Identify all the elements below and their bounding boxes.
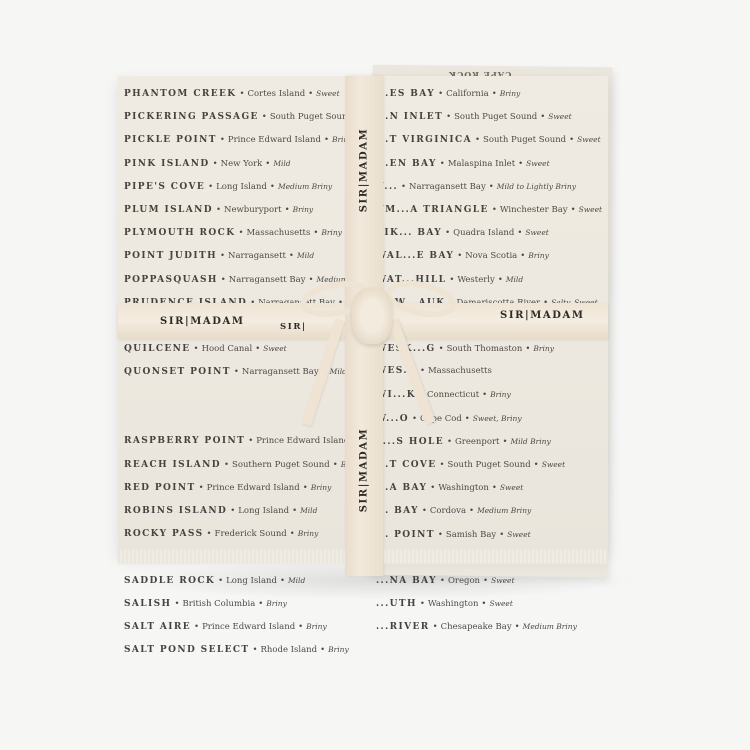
separator: • bbox=[240, 89, 245, 99]
oyster-name: ...EN BAY bbox=[376, 159, 437, 169]
separator: • bbox=[449, 275, 454, 285]
oyster-flavor: Mild bbox=[297, 251, 314, 260]
separator: • bbox=[469, 506, 474, 516]
oyster-name: ROBINS ISLAND bbox=[124, 506, 227, 516]
separator: • bbox=[499, 530, 504, 540]
oyster-flavor: Briny bbox=[490, 390, 511, 399]
oyster-region: South Puget Sound bbox=[454, 112, 537, 122]
separator: • bbox=[499, 553, 504, 563]
ribbon-brand-label-partial: SIR| bbox=[280, 322, 307, 332]
oyster-entry: ROCKY PASS•Frederick Sound•Briny bbox=[124, 522, 364, 545]
oyster-flavor: Sweet bbox=[263, 344, 286, 353]
oyster-entry: ...RIVER•Chesapeake Bay•Medium Briny bbox=[376, 615, 606, 638]
separator: • bbox=[230, 506, 235, 516]
oyster-name: ...T COVE bbox=[376, 460, 437, 470]
separator: • bbox=[218, 576, 223, 586]
separator: • bbox=[481, 599, 486, 609]
oyster-region: Massachusetts bbox=[428, 366, 492, 376]
oyster-region: Prince Edward Island bbox=[207, 483, 300, 493]
oyster-region: Greenport bbox=[455, 437, 499, 447]
separator: • bbox=[420, 366, 425, 376]
oyster-name: QUONSET POINT bbox=[124, 367, 231, 377]
oyster-name: SALT AIRE bbox=[124, 622, 191, 632]
oyster-flavor: Sweet bbox=[489, 599, 512, 608]
oyster-entry: ...EN BAY•Malaspina Inlet•Sweet bbox=[376, 152, 606, 175]
separator: • bbox=[422, 506, 427, 516]
separator: • bbox=[483, 576, 488, 586]
oyster-entry: ...T COVE•South Puget Sound•Sweet bbox=[376, 453, 606, 476]
oyster-region: South Thomaston bbox=[447, 344, 523, 354]
oyster-entry: ...T VIRGINICA•South Puget Sound•Sweet bbox=[376, 128, 606, 151]
oyster-region: Oregon bbox=[448, 576, 480, 586]
separator: • bbox=[285, 205, 290, 215]
oyster-name: PIPE'S COVE bbox=[124, 182, 205, 192]
separator: • bbox=[313, 228, 318, 238]
oyster-name: ROYAL MIYAGI bbox=[124, 552, 217, 562]
separator: • bbox=[515, 622, 520, 632]
oyster-entry: POINT JUDITH•Narragansett•Mild bbox=[124, 244, 364, 267]
separator: • bbox=[412, 414, 417, 424]
oyster-entry: WAL...E BAY•Nova Scotia•Briny bbox=[376, 244, 606, 267]
oyster-region: Narragansett Bay bbox=[229, 275, 306, 285]
oyster-name: ...NA BAY bbox=[376, 576, 437, 586]
oyster-name: ...N INLET bbox=[376, 112, 443, 122]
oyster-flavor: Sweet bbox=[548, 112, 571, 121]
separator: • bbox=[320, 645, 325, 655]
separator: • bbox=[445, 228, 450, 238]
oyster-region: Frederick Sound bbox=[215, 529, 287, 539]
oyster-region: Prince Edward Island bbox=[202, 622, 295, 632]
separator: • bbox=[220, 135, 225, 145]
oyster-entry: VIK... BAY•Quadra Island•Sweet bbox=[376, 221, 606, 244]
ribbon-brand-label: SIR|MADAM bbox=[500, 310, 585, 321]
oyster-name: VIK... BAY bbox=[376, 228, 442, 238]
oyster-region: British Columbia bbox=[228, 552, 301, 562]
oyster-region: Samish Bay bbox=[446, 530, 496, 540]
separator: • bbox=[234, 367, 239, 377]
separator: • bbox=[213, 159, 218, 169]
separator: • bbox=[525, 344, 530, 354]
oyster-region: Rhode Island bbox=[261, 645, 318, 655]
separator: • bbox=[492, 483, 497, 493]
ribbon-brand-label: SIR|MADAM bbox=[359, 428, 370, 513]
separator: • bbox=[446, 112, 451, 122]
oyster-region: Hood Canal bbox=[202, 344, 253, 354]
oyster-entry: WI...K•Connecticut•Briny bbox=[376, 383, 606, 406]
separator: • bbox=[174, 599, 179, 609]
separator: • bbox=[440, 576, 445, 586]
separator: • bbox=[258, 599, 263, 609]
oyster-entry: RED POINT•Prince Edward Island•Briny bbox=[124, 476, 364, 499]
oyster-entry: ...UTH•Washington•Sweet bbox=[376, 592, 606, 615]
oyster-region: Massachusetts bbox=[246, 228, 310, 238]
oyster-region: Nova Scotia bbox=[465, 251, 517, 261]
separator: • bbox=[207, 529, 212, 539]
oyster-flavor: Mild bbox=[273, 159, 290, 168]
oyster-flavor: Mild Briny bbox=[510, 437, 550, 446]
oyster-entry: SADDLE ROCK•Long Island•Mild bbox=[124, 569, 364, 592]
oyster-region: South Puget Sound bbox=[270, 112, 353, 122]
oyster-region: Winchester Bay bbox=[500, 205, 568, 215]
separator: • bbox=[220, 552, 225, 562]
oyster-flavor: Sweet bbox=[579, 205, 602, 214]
oyster-name: SALISH bbox=[124, 599, 171, 609]
separator: • bbox=[498, 275, 503, 285]
oyster-name: POINT JUDITH bbox=[124, 251, 217, 261]
oyster-name: PLUM ISLAND bbox=[124, 205, 213, 215]
oyster-entry: SALISH•British Columbia•Briny bbox=[124, 592, 364, 615]
oyster-region: Cordova bbox=[430, 506, 466, 516]
separator: • bbox=[303, 483, 308, 493]
oyster-name: PLYMOUTH ROCK bbox=[124, 228, 235, 238]
oyster-region: Long Island bbox=[216, 182, 267, 192]
oyster-flavor: Sweet, Briny bbox=[473, 414, 522, 423]
oyster-name: ...RIVER bbox=[376, 622, 430, 632]
oyster-entry: ...A BAY•Washington•Sweet bbox=[376, 476, 606, 499]
oyster-region: California bbox=[446, 89, 489, 99]
separator: • bbox=[492, 205, 497, 215]
separator: • bbox=[518, 159, 523, 169]
oyster-entry: ... BAY•Cordova•Medium Briny bbox=[376, 499, 606, 522]
separator: • bbox=[280, 576, 285, 586]
oyster-region: Southern Puget Sound bbox=[232, 460, 330, 470]
oyster-name: PHANTOM CREEK bbox=[124, 89, 237, 99]
oyster-entry: REACH ISLAND•Southern Puget Sound•Briny,… bbox=[124, 453, 364, 476]
oyster-flavor: Briny bbox=[266, 599, 287, 608]
separator: • bbox=[430, 483, 435, 493]
separator: • bbox=[520, 251, 525, 261]
oyster-entry: ...R POINT•Mill Cove•Briny bbox=[376, 546, 606, 569]
oyster-name: POPPASQUASH bbox=[124, 275, 218, 285]
oyster-flavor: Briny bbox=[528, 251, 549, 260]
ribbon-brand-label: SIR|MADAM bbox=[160, 316, 245, 327]
oyster-flavor: Sweet bbox=[542, 460, 565, 469]
separator: • bbox=[489, 182, 494, 192]
oyster-name: REACH ISLAND bbox=[124, 460, 221, 470]
oyster-name: ...R POINT bbox=[376, 553, 444, 563]
separator: • bbox=[492, 89, 497, 99]
oyster-flavor: Briny bbox=[500, 89, 521, 98]
oyster-flavor: Mild bbox=[300, 506, 317, 515]
oyster-name: ...T VIRGINICA bbox=[376, 135, 472, 145]
separator: • bbox=[457, 251, 462, 261]
separator: • bbox=[308, 89, 313, 99]
oyster-region: South Puget Sound bbox=[483, 135, 566, 145]
separator: • bbox=[220, 251, 225, 261]
separator: • bbox=[324, 135, 329, 145]
oyster-flavor: Briny bbox=[298, 529, 319, 538]
separator: • bbox=[401, 182, 406, 192]
oyster-flavor: Sweet bbox=[577, 135, 600, 144]
separator: • bbox=[224, 460, 229, 470]
separator: • bbox=[292, 506, 297, 516]
ribbon-knot bbox=[352, 288, 392, 344]
oyster-region: Narragansett Bay bbox=[242, 367, 319, 377]
oyster-name: ...A BAY bbox=[376, 483, 427, 493]
oyster-flavor: Medium Briny bbox=[278, 182, 332, 191]
ribbon-brand-label: SIR|MADAM bbox=[359, 128, 370, 213]
oyster-region: Cortes Island bbox=[248, 89, 306, 99]
product-photo: CAPE ROCK PHANTOM CREEK•Cortes Island•Sw… bbox=[0, 0, 750, 750]
oyster-entry: ...N INLET•South Puget Sound•Sweet bbox=[376, 105, 606, 128]
oyster-entry: ...NA BAY•Oregon•Sweet bbox=[376, 569, 606, 592]
separator: • bbox=[270, 182, 275, 192]
oyster-region: Washington bbox=[438, 483, 489, 493]
oyster-entry: ...ES BAY•California•Briny bbox=[376, 82, 606, 105]
separator: • bbox=[194, 622, 199, 632]
oyster-flavor: Sweet bbox=[526, 159, 549, 168]
oyster-region: Mill Cove bbox=[455, 553, 496, 563]
oyster-flavor: Sweet bbox=[507, 530, 530, 539]
separator: • bbox=[304, 552, 309, 562]
oyster-flavor: Briny bbox=[293, 205, 314, 214]
oyster-entry: V...S HOLE•Greenport•Mild Briny bbox=[376, 430, 606, 453]
separator: • bbox=[482, 390, 487, 400]
separator: • bbox=[440, 460, 445, 470]
oyster-name: ...UTH bbox=[376, 599, 417, 609]
oyster-region: Prince Edward Island bbox=[256, 436, 349, 446]
oyster-region: Narragansett bbox=[228, 251, 286, 261]
oyster-flavor: Mild bbox=[506, 275, 523, 284]
oyster-region: British Columbia bbox=[182, 599, 255, 609]
oyster-region: Prince Edward Island bbox=[228, 135, 321, 145]
separator: • bbox=[333, 460, 338, 470]
separator: • bbox=[447, 437, 452, 447]
oyster-name: RED POINT bbox=[124, 483, 196, 493]
oyster-name: PICKERING PASSAGE bbox=[124, 112, 259, 122]
separator: • bbox=[571, 205, 576, 215]
oyster-flavor: Briny bbox=[311, 483, 332, 492]
oyster-region: Washington bbox=[428, 599, 479, 609]
separator: • bbox=[439, 344, 444, 354]
separator: • bbox=[517, 228, 522, 238]
separator: • bbox=[208, 182, 213, 192]
oyster-name: WAL...E BAY bbox=[376, 251, 454, 261]
separator: • bbox=[475, 135, 480, 145]
separator: • bbox=[216, 205, 221, 215]
separator: • bbox=[298, 622, 303, 632]
separator: • bbox=[438, 89, 443, 99]
oyster-flavor: Briny bbox=[533, 344, 554, 353]
oyster-name: SADDLE ROCK bbox=[124, 576, 215, 586]
separator: • bbox=[540, 112, 545, 122]
separator: • bbox=[438, 530, 443, 540]
oyster-region: New York bbox=[221, 159, 263, 169]
oyster-name: UM...A TRIANGLE bbox=[376, 205, 489, 215]
separator: • bbox=[221, 275, 226, 285]
oyster-entry: SALT AIRE•Prince Edward Island•Briny bbox=[124, 615, 364, 638]
oyster-entry: U...•Narragansett Bay•Mild to Lightly Br… bbox=[376, 175, 606, 198]
separator: • bbox=[262, 112, 267, 122]
separator: • bbox=[465, 414, 470, 424]
separator: • bbox=[194, 344, 199, 354]
oyster-name: RASPBERRY POINT bbox=[124, 436, 245, 446]
oyster-name: ...ES BAY bbox=[376, 89, 435, 99]
oyster-entry: ROBINS ISLAND•Long Island•Mild bbox=[124, 499, 364, 522]
separator: • bbox=[440, 159, 445, 169]
oyster-entry: ... POINT•Samish Bay•Sweet bbox=[376, 523, 606, 546]
oyster-name: ... POINT bbox=[376, 530, 435, 540]
oyster-flavor: Sweet bbox=[491, 576, 514, 585]
separator: • bbox=[534, 460, 539, 470]
oyster-entry: RASPBERRY POINT•Prince Edward Island•Bri… bbox=[124, 429, 364, 452]
oyster-region: Quadra Island bbox=[453, 228, 514, 238]
separator: • bbox=[253, 645, 258, 655]
separator: • bbox=[238, 228, 243, 238]
oyster-entry: PICKLE POINT•Prince Edward Island•Briny bbox=[124, 128, 364, 151]
oyster-flavor: Briny bbox=[306, 622, 327, 631]
oyster-flavor: Medium Briny bbox=[523, 622, 577, 631]
oyster-name: SALT POND SELECT bbox=[124, 645, 250, 655]
oyster-entry: SALT POND SELECT•Rhode Island•Briny bbox=[124, 638, 364, 661]
oyster-entry: PHANTOM CREEK•Cortes Island•Sweet bbox=[124, 82, 364, 105]
separator: • bbox=[290, 529, 295, 539]
oyster-region: Long Island bbox=[238, 506, 289, 516]
oyster-flavor: Briny bbox=[321, 228, 342, 237]
oyster-flavor: Mild bbox=[288, 576, 305, 585]
oyster-name: V...S HOLE bbox=[376, 437, 444, 447]
oyster-region: Connecticut bbox=[427, 390, 479, 400]
oyster-entry: PLUM ISLAND•Newburyport•Briny bbox=[124, 198, 364, 221]
oyster-region: Narragansett Bay bbox=[409, 182, 486, 192]
separator: • bbox=[420, 599, 425, 609]
separator: • bbox=[502, 437, 507, 447]
oyster-entry: PIPE'S COVE•Long Island•Medium Briny bbox=[124, 175, 364, 198]
oyster-name: QUILCENE bbox=[124, 344, 191, 354]
oyster-name: ROCKY PASS bbox=[124, 529, 204, 539]
separator: • bbox=[265, 159, 270, 169]
separator: • bbox=[289, 251, 294, 261]
separator: • bbox=[433, 622, 438, 632]
oyster-region: Malaspina Inlet bbox=[448, 159, 515, 169]
oyster-entry: PICKERING PASSAGE•South Puget Sound•Swee… bbox=[124, 105, 364, 128]
oyster-name: PINK ISLAND bbox=[124, 159, 210, 169]
oyster-region: South Puget Sound bbox=[448, 460, 531, 470]
oyster-flavor: Sweet bbox=[312, 552, 335, 561]
oyster-region: Chesapeake Bay bbox=[441, 622, 512, 632]
oyster-entry: PLYMOUTH ROCK•Massachusetts•Briny bbox=[124, 221, 364, 244]
separator: • bbox=[255, 344, 260, 354]
oyster-flavor: Briny bbox=[328, 645, 349, 654]
oyster-region: Westerly bbox=[457, 275, 494, 285]
oyster-region: Long Island bbox=[226, 576, 277, 586]
separator: • bbox=[248, 436, 253, 446]
oyster-flavor: Sweet bbox=[316, 89, 339, 98]
oyster-flavor: Medium Briny bbox=[477, 506, 531, 515]
separator: • bbox=[447, 553, 452, 563]
oyster-flavor: Mild to Lightly Briny bbox=[497, 182, 576, 191]
oyster-flavor: Sweet bbox=[500, 483, 523, 492]
separator: • bbox=[309, 275, 314, 285]
oyster-flavor: Briny bbox=[507, 553, 528, 562]
oyster-entry: PINK ISLAND•New York•Mild bbox=[124, 152, 364, 175]
oyster-entry: UM...A TRIANGLE•Winchester Bay•Sweet bbox=[376, 198, 606, 221]
oyster-region: Newburyport bbox=[224, 205, 282, 215]
oyster-flavor: Sweet bbox=[525, 228, 548, 237]
separator: • bbox=[569, 135, 574, 145]
oyster-entry: ROYAL MIYAGI•British Columbia•Sweet bbox=[124, 545, 364, 568]
oyster-name: PICKLE POINT bbox=[124, 135, 217, 145]
oyster-entry: W...O•Cape Cod•Sweet, Briny bbox=[376, 407, 606, 430]
separator: • bbox=[199, 483, 204, 493]
